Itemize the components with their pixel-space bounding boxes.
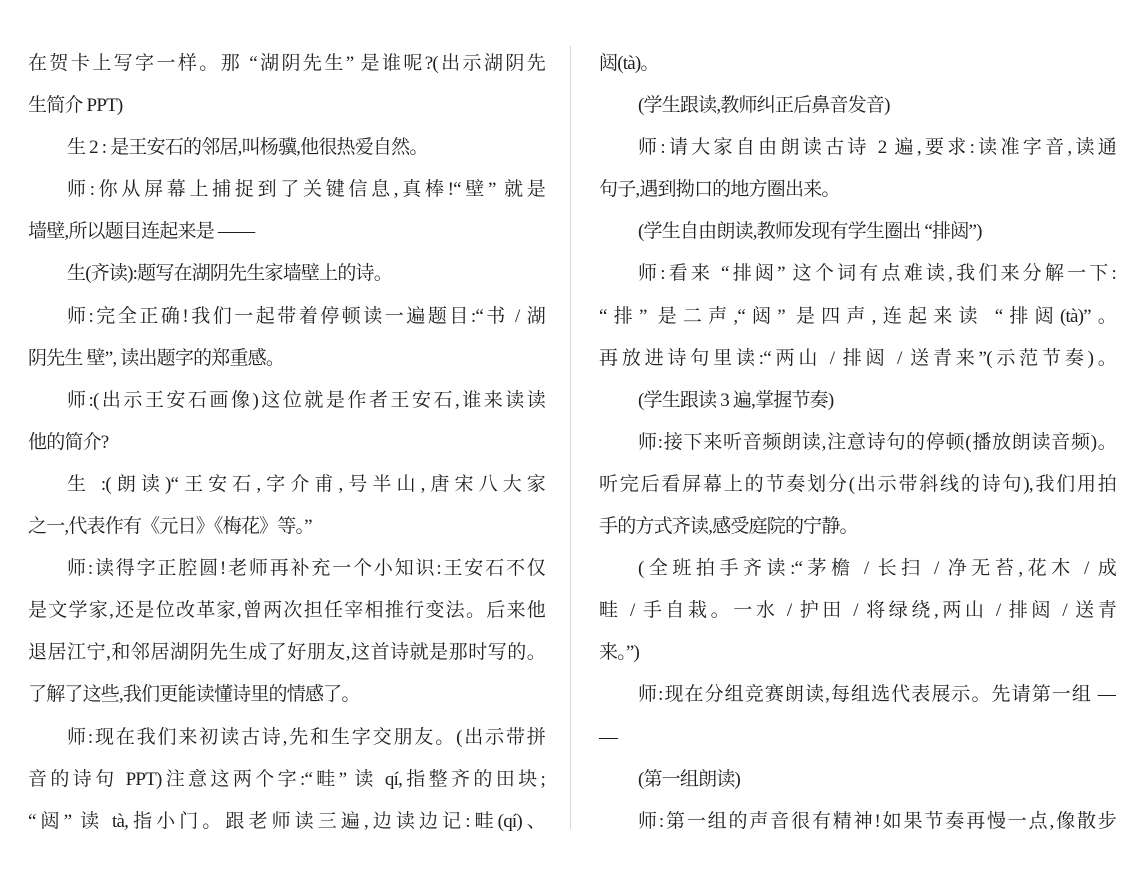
text-line: 师:读得字正腔圆!老师再补充一个小知识:王安石不仅 xyxy=(28,548,545,590)
text-column-right: 闼(tà)。(学生跟读,教师纠正后鼻音发音)师:请大家自由朗读古诗 2 遍,要求… xyxy=(599,43,1116,843)
text-line: (第一组朗读) xyxy=(599,759,1116,801)
text-line: 是文学家,还是位改革家,曾两次担任宰相推行变法。后来他 xyxy=(28,590,545,632)
text-line: 师:看来 “排闼” 这个词有点难读,我们来分解一下: xyxy=(599,253,1116,295)
text-line: 音的诗句 PPT)注意这两个字:“畦” 读 qí,指整齐的田块; xyxy=(28,759,545,801)
text-line: 手的方式齐读,感受庭院的宁静。 xyxy=(599,506,1116,548)
text-line: 再放进诗句里读:“两山 / 排闼 / 送青来”(示范节奏)。 xyxy=(599,338,1116,380)
text-line: 师:(出示王安石画像)这位就是作者王安石,谁来读读 xyxy=(28,380,545,422)
text-line: 了解了这些,我们更能读懂诗里的情感了。 xyxy=(28,674,545,716)
text-line: (全班拍手齐读:“茅檐 / 长扫 / 净无苔,花木 / 成 xyxy=(599,548,1116,590)
text-column-left: 在贺卡上写字一样。那 “湖阴先生” 是谁呢?(出示湖阴先生简介 PPT)生 2 … xyxy=(28,43,545,843)
text-line: 之一,代表作有《元日》《梅花》等。” xyxy=(28,506,545,548)
text-line: 生 :(朗读)“王安石,字介甫,号半山,唐宋八大家 xyxy=(28,464,545,506)
text-line: 师:现在我们来初读古诗,先和生字交朋友。(出示带拼 xyxy=(28,717,545,759)
text-line: 生(齐读):题写在湖阴先生家墙壁上的诗。 xyxy=(28,253,545,295)
text-line: 退居江宁,和邻居湖阴先生成了好朋友,这首诗就是那时写的。 xyxy=(28,632,545,674)
text-line: (学生跟读,教师纠正后鼻音发音) xyxy=(599,85,1116,127)
text-line: 听完后看屏幕上的节奏划分(出示带斜线的诗句),我们用拍 xyxy=(599,464,1116,506)
text-line: (学生跟读 3 遍,掌握节奏) xyxy=(599,380,1116,422)
text-line: (学生自由朗读,教师发现有学生圈出 “排闼”) xyxy=(599,211,1116,253)
text-line: 师:你从屏幕上捕捉到了关键信息,真棒!“壁” 就是 xyxy=(28,169,545,211)
text-line: 师:接下来听音频朗读,注意诗句的停顿(播放朗读音频)。 xyxy=(599,422,1116,464)
text-line: 师:第一组的声音很有精神!如果节奏再慢一点,像散步 xyxy=(599,801,1116,843)
text-line: 来。”) xyxy=(599,632,1116,674)
text-line: 句子,遇到拗口的地方圈出来。 xyxy=(599,169,1116,211)
text-line: 师:请大家自由朗读古诗 2 遍,要求:读准字音,读通 xyxy=(599,127,1116,169)
text-line: 师:完全正确!我们一起带着停顿读一遍题目:“书 / 湖 xyxy=(28,296,545,338)
text-line: “排” 是二声,“闼” 是四声,连起来读 “排闼(tà)”。 xyxy=(599,296,1116,338)
text-line: 阴先生 壁”, 读出题字的郑重感。 xyxy=(28,338,545,380)
text-line: 墙壁,所以题目连起来是 —— xyxy=(28,211,545,253)
text-line: — xyxy=(599,717,1116,759)
text-line: 畦 / 手自栽。一水 / 护田 / 将绿绕,两山 / 排闼 / 送青 xyxy=(599,590,1116,632)
text-line: 生 2 : 是王安石的邻居,叫杨骥,他很热爱自然。 xyxy=(28,127,545,169)
text-line: “闼” 读 tà,指小门。跟老师读三遍,边读边记:畦(qí)、 xyxy=(28,801,545,843)
column-divider xyxy=(570,46,571,829)
text-line: 师:现在分组竞赛朗读,每组选代表展示。先请第一组 — xyxy=(599,674,1116,716)
text-line: 闼(tà)。 xyxy=(599,43,1116,85)
document-page: 在贺卡上写字一样。那 “湖阴先生” 是谁呢?(出示湖阴先生简介 PPT)生 2 … xyxy=(0,0,1146,880)
text-line: 他的简介? xyxy=(28,422,545,464)
text-line: 生简介 PPT) xyxy=(28,85,545,127)
text-line: 在贺卡上写字一样。那 “湖阴先生” 是谁呢?(出示湖阴先 xyxy=(28,43,545,85)
